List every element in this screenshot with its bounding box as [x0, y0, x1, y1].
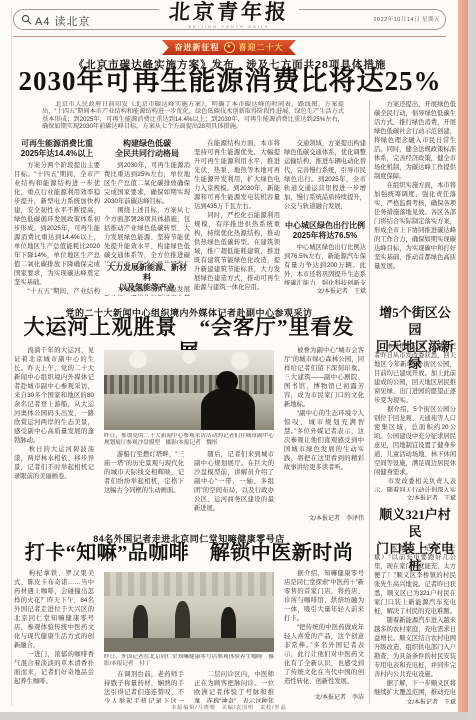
lead-body-7: 方案还提出，开展绿色低碳全民行动，倡导绿色低碳生活方式，推行绿色消费，开展绿色低…	[374, 100, 456, 297]
lead-byline: 文/本报记者 王斌	[284, 286, 366, 295]
rail-charging-byline: 文/本报记者 王斌	[374, 697, 456, 704]
canal-body-4: 被誉为副中心“城市会客厅”的城市绿心森林公园，同样给记者们留下深刻印象。三大建筑…	[284, 346, 364, 512]
lead-intro: 北京市人民政府日前印发《北京市碳达峰实施方案》，明确了本市碳达峰的时间表、路线图…	[42, 101, 344, 137]
coffee-body-1: 枸杞拿铁、罗汉果美式、陈皮卡布奇诺……当中药材遇上咖啡，会碰撞出怎样的火花？昨天…	[14, 569, 94, 703]
masthead-wrap: 北京青年报 BEIJING YOUTH DAILY	[159, 1, 299, 29]
newspaper-sheet: A4 读北京 北京青年报 BEIJING YOUTH DAILY 2022年10…	[0, 0, 458, 712]
lead-headline: 2030年可再生能源消费比将达25%	[10, 66, 450, 97]
section-label: A4 读北京	[35, 13, 91, 29]
page-edge-bottom	[0, 712, 468, 720]
rail-parks-body-col: 本报讯（记者 王斌）记者昨日从市发改委获悉，回天地区今年新增5个街区公园，目前均…	[374, 342, 456, 500]
coffee-column-4: 据介绍，知嘛健康零号店是同仁堂探索“中医药＋”新零售的首家门店，将药店、诊所与咖…	[284, 569, 364, 703]
lead-subhead-1: 可再生能源消费比重 2025年达14.4%以上	[14, 139, 100, 159]
canal-column-1: 流淌千年的大运河，见证着北京城市副中心的生长。昨天上午，党的二十大新闻中心组织境…	[14, 346, 94, 524]
lead-column-3: 在能源结构方面，本市将坚持可再生能源优先，大幅提升可再生能源利用水平，推进光伏、…	[194, 139, 280, 296]
canal-column-4: 被誉为副中心“城市会客厅”的城市绿心森林公园，同样给记者们留下深刻印象。三大建筑…	[284, 346, 364, 524]
canal-byline: 文/本报记者 李泽伟	[284, 513, 364, 522]
lead-body-3: 方案提出，培育绿色发展新动能，严格执行新增产业禁限目录，大力发展新能源、新材料、…	[104, 285, 190, 296]
screenshot-stage: A4 读北京 北京青年报 BEIJING YOUTH DAILY 2022年10…	[0, 0, 476, 720]
ceiling-lights-figure	[104, 350, 274, 374]
coffee-column-1: 枸杞拿铁、罗汉果美式、陈皮卡布奇诺……当中药材遇上咖啡，会碰撞出怎样的火花？昨天…	[14, 569, 94, 703]
coffee-body-4: 据介绍，知嘛健康零号店是同仁堂探索“中医药＋”新零售的首家门店，将药店、诊所与咖…	[284, 569, 364, 691]
canal-photo	[104, 350, 274, 430]
coffee-photo	[104, 572, 274, 652]
masthead-title: 北京青年报	[168, 1, 290, 24]
crowd-figure	[104, 375, 274, 394]
column-divider	[369, 100, 370, 704]
rail-parks-body: 本报讯（记者 王斌）记者昨日从市发改委获悉，回天地区今年新增5个街区公园，目前均…	[374, 342, 456, 492]
page-edge-pink	[458, 0, 468, 712]
canal-body-3: 随后，记者们来到城市副中心规划展厅。在巨大的沙盘模型前，讲解员介绍了副中心“一带…	[194, 450, 274, 524]
canal-column-2: 游船行至燃灯塔畔，“三庙一塔”的历史景观与现代化的城市天际线交相辉映，记者们纷纷…	[104, 450, 184, 524]
coffee-body-2: 在调剂台前，老药师手持戥子称量药材，娴熟的手法引得记者们连连赞叹，不少人举起手机…	[104, 670, 184, 703]
coffee-column-3: 二层问诊区内，中医师正在为顾客把脉问诊。一位欧洲记者体验了号脉和推拿，连称“神奇…	[194, 670, 274, 703]
person-figure	[221, 607, 236, 641]
lead-body-6: 中心城区绿色出行比例达到76.5%左右，新能源汽车保有量力争达到200万辆。此外…	[284, 243, 366, 285]
coffee-headline: 打卡“知嘛”品咖啡 解锁中医新时尚	[14, 541, 364, 565]
party-emblem-icon: ★	[224, 42, 235, 53]
page-footer: 本版编辑/马晓晴 美编/袁国明 责校/罗晶	[0, 704, 458, 711]
person-figure	[133, 605, 148, 641]
date-label: 2022年10月14日 星期五	[374, 15, 441, 23]
ribbon-left-text: 奋进新征程	[175, 42, 220, 53]
coffee-column-2: 在调剂台前，老药师手持戥子称量药材，娴熟的手法引得记者们连连赞叹，不少人举起手机…	[104, 670, 184, 703]
lead-column-1: 可再生能源消费比重 2025年达14.4%以上 方案分两个阶段提出主要目标。“十…	[14, 139, 100, 296]
coffee-byline: 文/本报记者 李洁	[284, 692, 364, 701]
canal-body-1: 流淌千年的大运河，见证着北京城市副中心的生长。昨天上午，党的二十大新闻中心组织境…	[14, 346, 94, 524]
canal-column-3: 随后，记者们来到城市副中心规划展厅。在巨大的沙盘模型前，讲解员介绍了副中心“一带…	[194, 450, 274, 524]
lead-body-5: 交通领域，方案提出构建绿色低碳交通体系，优化调整运输结构，推进车辆电动化替代，完…	[284, 139, 366, 221]
rail-charging-body: 本报讯（记者 王斌）“以前充电要跑好几公里，现在家门口就能充，太方便了！”顺义区…	[374, 544, 456, 696]
masthead-subtitle: BEIJING YOUTH DAILY	[169, 24, 289, 29]
lead-body-1: 方案分两个阶段提出主要目标。“十四五”期间，全市产业结构和能源结构进一步优化，重…	[14, 161, 100, 295]
slogan-ribbon: 奋进新征程 ★ 喜迎二十大	[162, 40, 296, 55]
shelf-figure	[104, 572, 274, 596]
header-rule	[13, 36, 446, 37]
page-edge-gray	[468, 0, 476, 720]
lead-subhead-4: 中心城区绿色出行比例 2025年将达76.5%	[284, 221, 366, 241]
person-figure	[175, 601, 190, 641]
lead-subhead-3: 大力发展新能源、新材料 以及氢能等产业	[104, 263, 190, 283]
lead-subhead-2: 构建绿色低碳 全民共同行动格局	[104, 139, 190, 159]
page-fold-line	[11, 8, 12, 706]
coffee-body-3: 二层问诊区内，中医师正在为顾客把脉问诊。一位欧洲记者体验了号脉和推拿，连称“神奇…	[194, 670, 274, 703]
silhouette-figure	[201, 388, 255, 430]
counter-figure	[104, 638, 274, 652]
coffee-photo-caption: 昨日，外国记者在北京同仁堂知嘛健康零号店参观体验养生咖啡 摄影/本报记者 付丁	[104, 654, 274, 668]
silhouette-head-figure	[216, 371, 238, 392]
canal-body-2: 游船行至燃灯塔畔，“三庙一塔”的历史景观与现代化的城市天际线交相辉映，记者们纷纷…	[104, 450, 184, 524]
rail-charging-body-col: 本报讯（记者 王斌）“以前充电要跑好几公里，现在家门口就能充，太方便了！”顺义区…	[374, 544, 456, 704]
lead-column-4: 交通领域，方案提出构建绿色低碳交通体系，优化调整运输结构，推进车辆电动化替代，完…	[284, 139, 366, 296]
search-icon	[21, 14, 32, 25]
lead-column-2: 构建绿色低碳 全民共同行动格局 到2030年，可再生能源消费比重达到25%左右，…	[104, 139, 190, 296]
ribbon-right-text: 喜迎二十大	[239, 42, 284, 53]
lead-body-4: 在能源结构方面，本市将坚持可再生能源优先，大幅提升可再生能源利用水平，推进光伏、…	[194, 139, 280, 296]
canal-photo-caption: 昨日，参加党的二十大新闻中心参观采访活动的记者们在城市副中心规划展厅参观沙盘模型…	[104, 433, 274, 448]
rail-parks-byline: 文/本报记者 王斌	[374, 493, 456, 500]
lead-body-2: 到2030年，可再生能源消费比重达到25%左右，单位地区生产总值二氧化碳排放确保…	[104, 161, 190, 263]
lead-column-5: 方案还提出，开展绿色低碳全民行动，倡导绿色低碳生活方式，推行绿色消费，开展绿色低…	[374, 100, 456, 297]
